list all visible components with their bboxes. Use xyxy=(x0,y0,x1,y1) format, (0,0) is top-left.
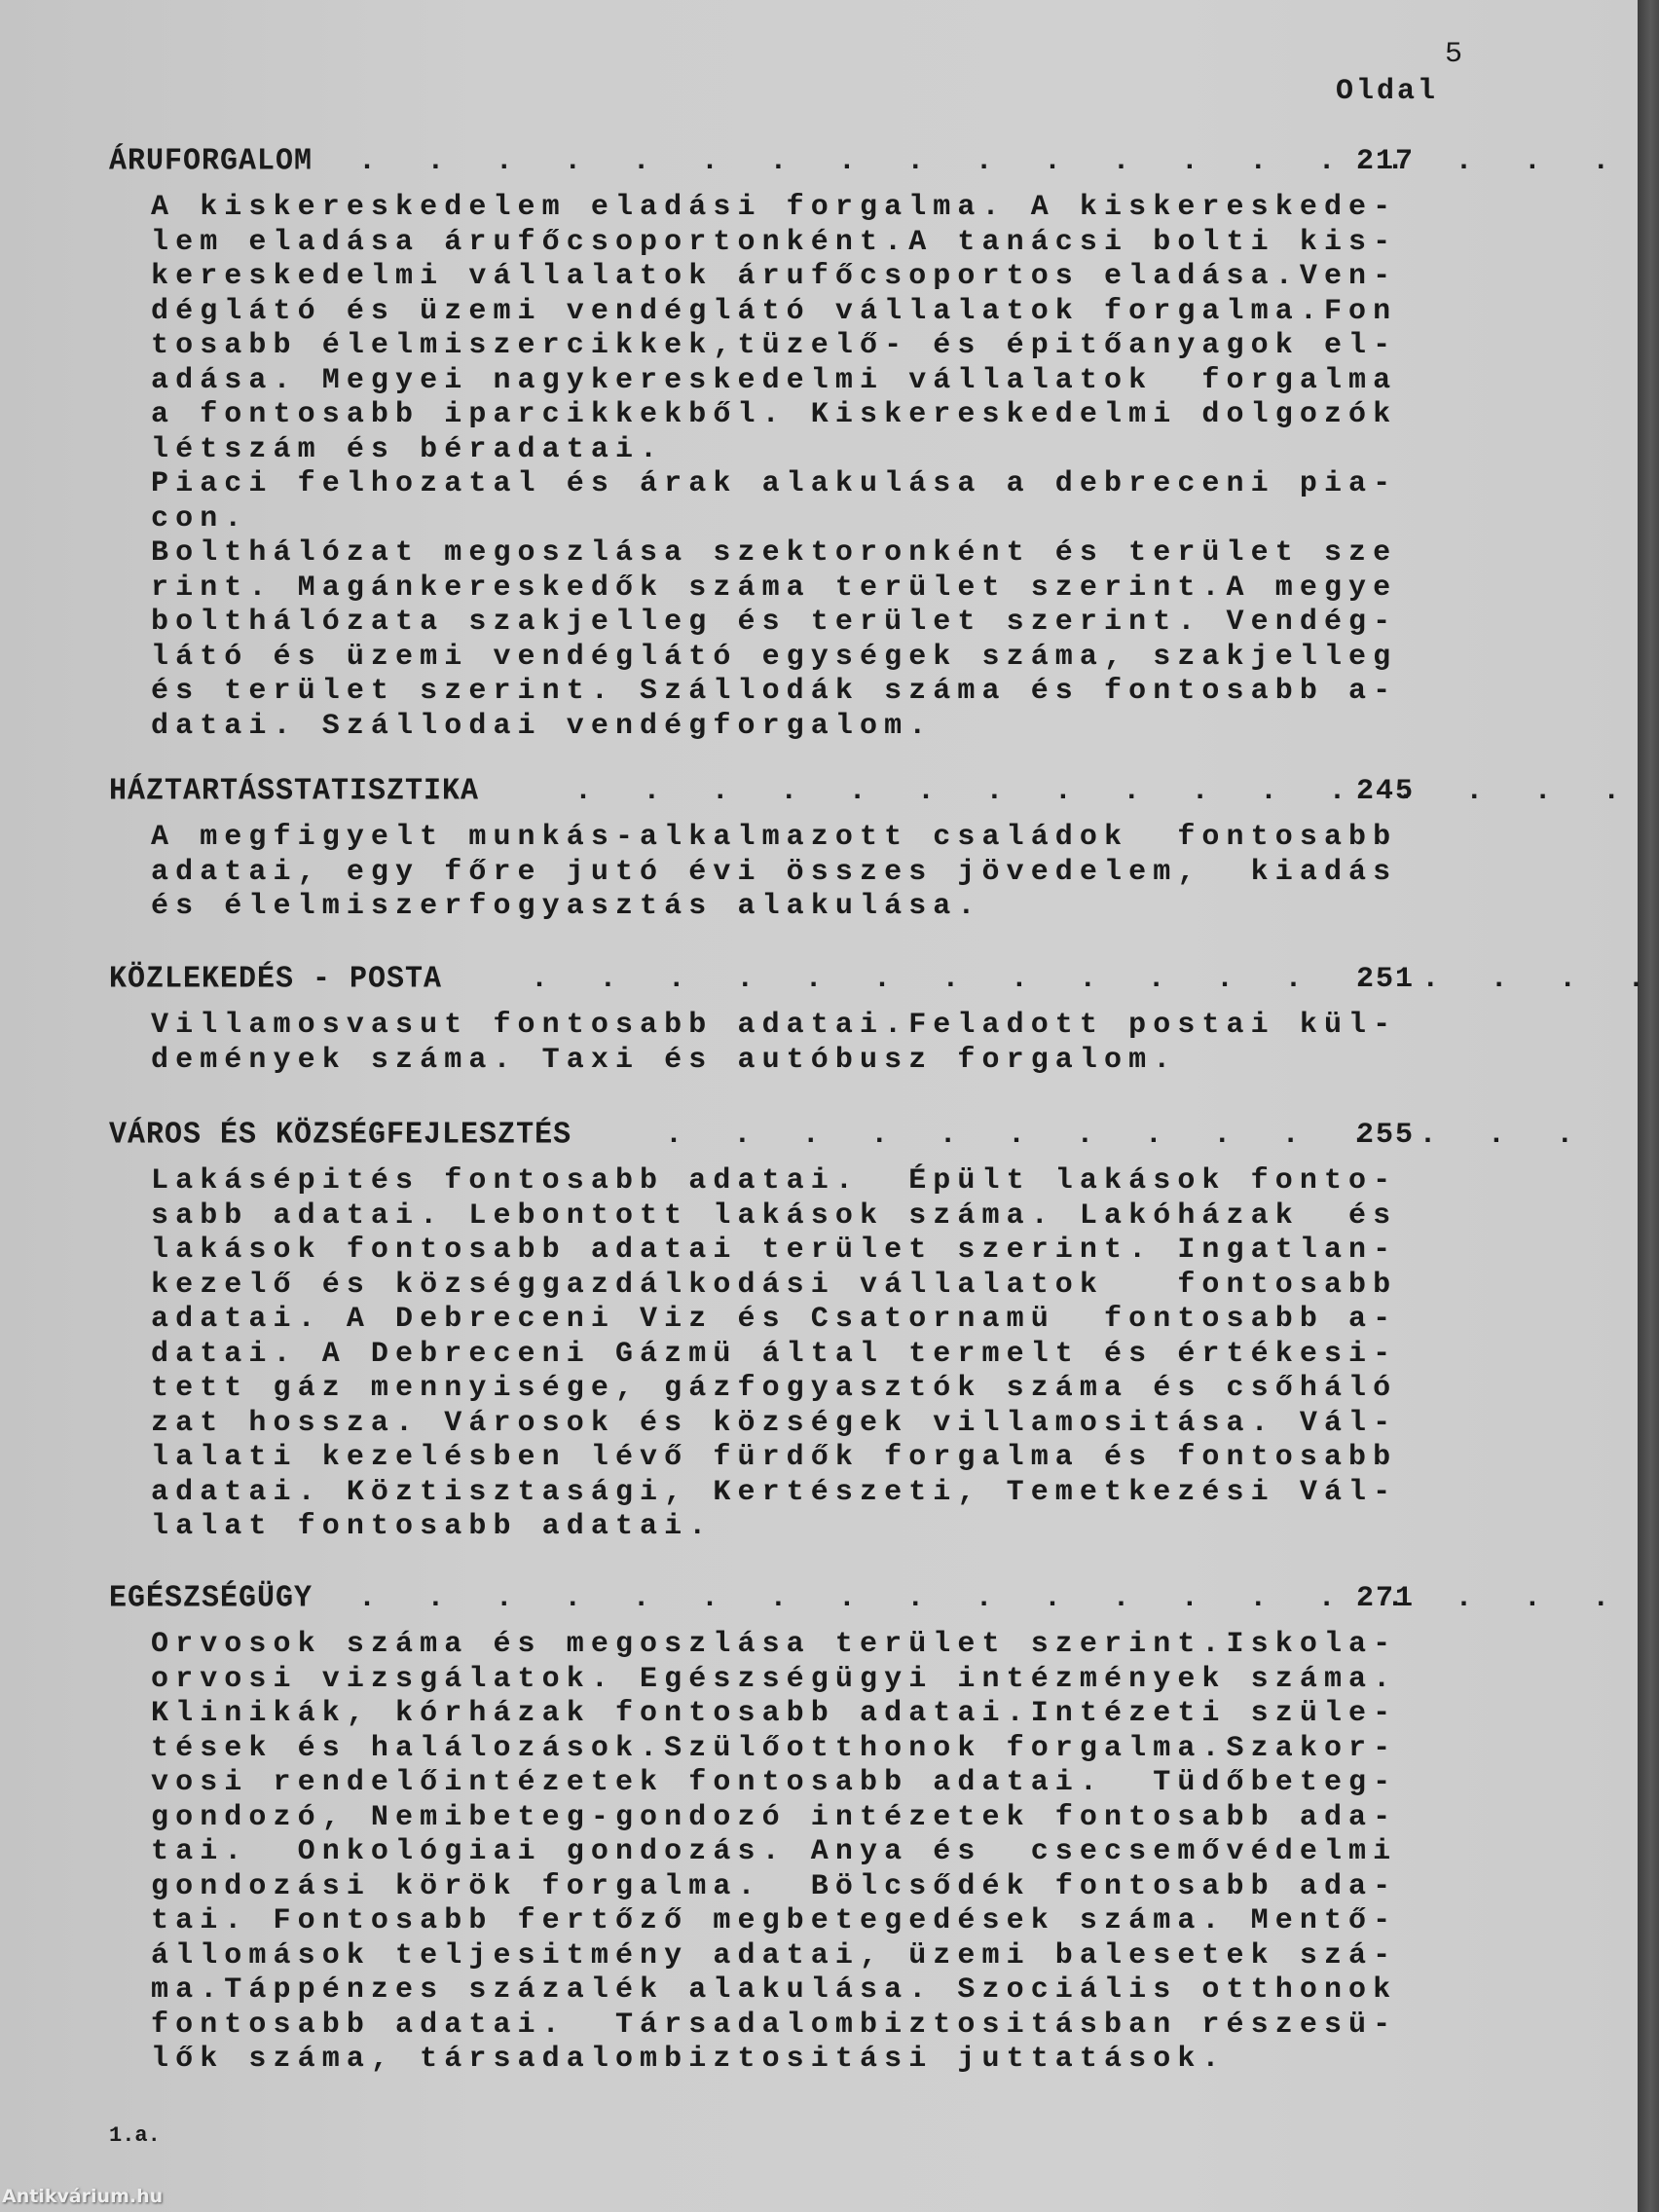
section-description: Villamosvasut fontosabb adatai.Feladott … xyxy=(151,1009,1397,1078)
section-page-number: 255 xyxy=(1356,1118,1415,1153)
page-edge-shadow xyxy=(1638,0,1659,2212)
dot-leader: . . . . . . . . . . . . . . . . . . . . … xyxy=(358,1581,1659,1616)
section-page-number: 217 xyxy=(1356,144,1415,179)
section-description: A kiskereskedelem eladási forgalma. A ki… xyxy=(151,191,1397,744)
section-description: Lakásépités fontosabb adatai. Épült laká… xyxy=(151,1164,1397,1545)
dot-leader: . . . . . . . . . . . . . . . . xyxy=(574,774,1637,809)
page-number: 5 xyxy=(1445,37,1462,72)
section-page-number: 251 xyxy=(1356,962,1415,997)
section-title: EGÉSZSÉGÜGY xyxy=(109,1580,313,1617)
section-description: Orvosok száma és megoszlása terület szer… xyxy=(151,1628,1397,2078)
section-page-number: 271 xyxy=(1356,1581,1415,1616)
column-header-page: Oldal xyxy=(1336,74,1438,109)
dot-leader: . . . . . . . . . . . . . . . . . . . . … xyxy=(358,144,1659,179)
section-page-number: 245 xyxy=(1356,774,1415,809)
section-title: VÁROS ÉS KÖZSÉGFEJLESZTÉS xyxy=(109,1117,571,1154)
dot-leader: . . . . . . . . . . . . . . . . . xyxy=(531,962,1659,997)
section-description: A megfigyelt munkás-alkalmazott családok… xyxy=(151,821,1397,925)
footer-mark: 1.a. xyxy=(109,2119,161,2154)
watermark: Antikvárium.hu xyxy=(2,2186,163,2207)
section-title: HÁZTARTÁSSTATISZTIKA xyxy=(109,773,479,810)
section-title: ÁRUFORGALOM xyxy=(109,143,313,180)
dot-leader: . . . . . . . . . . . . . . xyxy=(665,1118,1590,1153)
section-title: KÖZLEKEDÉS - POSTA xyxy=(109,961,442,998)
